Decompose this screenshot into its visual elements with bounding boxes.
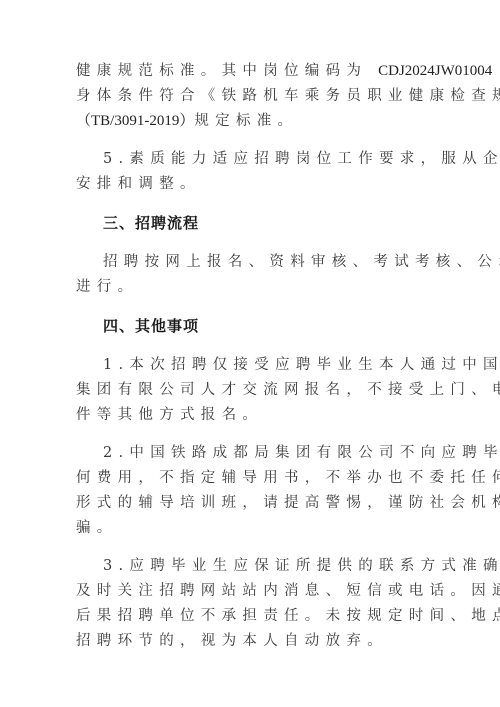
text-run: 招聘按网上报名、资料审核、考试考核、公示录用等程序 — [103, 254, 500, 270]
text-line: 形式的辅导培训班，请提高警惕，谨防社会机构或个人冒名诈 — [76, 491, 426, 516]
text-line: 2.中国铁路成都局集团有限公司不向应聘毕业生收取任 — [76, 441, 426, 466]
text-run: 进行。 — [76, 279, 138, 295]
block-spacer — [76, 134, 426, 147]
text-line: 健康规范标准。其中岗位编码为 CDJ2024JW01004 岗位，要求 — [76, 59, 426, 84]
text-line: 安排和调整。 — [76, 172, 426, 197]
section-heading: 三、招聘流程 — [76, 211, 426, 236]
text-run: 何费用，不指定辅导用书，不举办也不委托任何机构举办任何 — [76, 470, 500, 486]
section-heading: 四、其他事项 — [76, 314, 426, 339]
text-run: 集团有限公司人才交流网报名，不接受上门、电话、传真、邮 — [76, 382, 500, 398]
text-line: 后果招聘单位不承担责任。未按规定时间、地点和要求参加各 — [76, 604, 426, 629]
text-line: 集团有限公司人才交流网报名，不接受上门、电话、传真、邮 — [76, 378, 426, 403]
text-line: 1.本次招聘仅接受应聘毕业生本人通过中国铁路成都局 — [76, 353, 426, 378]
block-spacer — [76, 300, 426, 314]
text-run: 1.本次招聘仅接受应聘毕业生本人通过中国铁路成都局 — [103, 357, 500, 373]
body-paragraph: 3.应聘毕业生应保证所提供的联系方式准确、畅通、有效，及时关注招聘网站站内消息、… — [76, 554, 426, 654]
block-spacer — [76, 236, 426, 250]
body-paragraph: 5.素质能力适应招聘岗位工作要求，服从企业对应聘岗位安排和调整。 — [76, 147, 426, 197]
text-run: 身体条件符合《铁路机车乘务员职业健康检查规范》 — [76, 88, 500, 104]
text-line: 3.应聘毕业生应保证所提供的联系方式准确、畅通、有效， — [76, 554, 426, 579]
text-run: 2.中国铁路成都局集团有限公司不向应聘毕业生收取任 — [103, 445, 500, 461]
text-line: 进行。 — [76, 275, 426, 300]
text-run: 安排和调整。 — [76, 176, 201, 192]
text-line: 及时关注招聘网站站内消息、短信或电话。因通信不畅造成的 — [76, 579, 426, 604]
body-paragraph: 2.中国铁路成都局集团有限公司不向应聘毕业生收取任何费用，不指定辅导用书，不举办… — [76, 441, 426, 541]
text-run: 3.应聘毕业生应保证所提供的联系方式准确、畅通、有效， — [103, 558, 500, 574]
document-page: 健康规范标准。其中岗位编码为 CDJ2024JW01004 岗位，要求身体条件符… — [76, 59, 426, 654]
block-spacer — [76, 541, 426, 554]
text-run: 健康规范标准。其中岗位编码为 — [76, 63, 378, 79]
body-paragraph: 招聘按网上报名、资料审核、考试考核、公示录用等程序进行。 — [76, 250, 426, 300]
text-run: 5.素质能力适应招聘岗位工作要求，服从企业对应聘岗位 — [103, 151, 500, 167]
text-run: 形式的辅导培训班，请提高警惕，谨防社会机构或个人冒名诈 — [76, 495, 500, 511]
block-spacer — [76, 428, 426, 441]
body-paragraph: 1.本次招聘仅接受应聘毕业生本人通过中国铁路成都局集团有限公司人才交流网报名，不… — [76, 353, 426, 428]
text-line: （TB/3091-2019）规定标准。 — [76, 109, 426, 134]
text-run: 后果招聘单位不承担责任。未按规定时间、地点和要求参加各 — [76, 608, 500, 624]
text-run: 及时关注招聘网站站内消息、短信或电话。因通信不畅造成的 — [76, 583, 500, 599]
block-spacer — [76, 339, 426, 353]
text-line: 身体条件符合《铁路机车乘务员职业健康检查规范》 — [76, 84, 426, 109]
text-run: 招聘环节的，视为本人自动放弃。 — [76, 633, 388, 649]
latin-text-run: CDJ2024JW01004 — [378, 63, 492, 79]
text-line: 骗。 — [76, 516, 426, 541]
text-run: 骗。 — [76, 520, 118, 536]
body-paragraph: 健康规范标准。其中岗位编码为 CDJ2024JW01004 岗位，要求身体条件符… — [76, 59, 426, 134]
text-line: 何费用，不指定辅导用书，不举办也不委托任何机构举办任何 — [76, 466, 426, 491]
text-line: 件等其他方式报名。 — [76, 403, 426, 428]
block-spacer — [76, 197, 426, 211]
text-line: 招聘环节的，视为本人自动放弃。 — [76, 629, 426, 654]
text-run: 件等其他方式报名。 — [76, 407, 263, 423]
text-run: 规定标准。 — [194, 113, 298, 129]
text-line: 5.素质能力适应招聘岗位工作要求，服从企业对应聘岗位 — [76, 147, 426, 172]
text-run: 岗位，要求 — [492, 63, 500, 79]
latin-text-run: （TB/3091-2019） — [76, 113, 194, 129]
text-line: 招聘按网上报名、资料审核、考试考核、公示录用等程序 — [76, 250, 426, 275]
